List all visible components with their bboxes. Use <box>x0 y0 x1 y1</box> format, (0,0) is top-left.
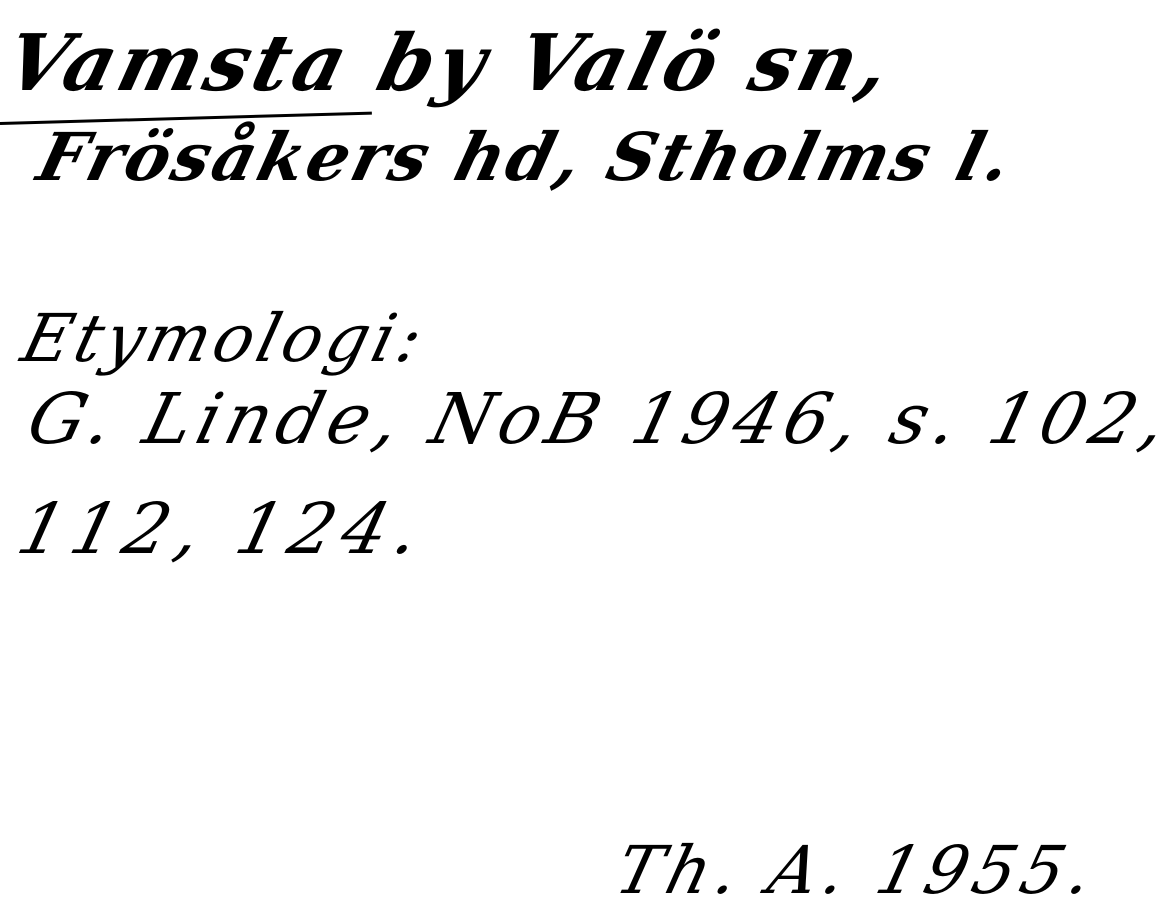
heading-rest: by Valö sn, <box>369 18 903 109</box>
signature-year: 1955. <box>869 832 1107 909</box>
signature: Th. A. 1955. <box>608 832 1106 909</box>
index-card: Vamsta by Valö sn, Frösåkers hd, Stholms… <box>0 0 1176 922</box>
signature-initials: Th. A. <box>608 832 860 909</box>
card-heading-line2: Frösåkers hd, Stholms l. <box>30 118 1022 196</box>
etymology-reference-line1: G. Linde, NoB 1946, s. 102, <box>20 378 1176 460</box>
place-name: Vamsta <box>0 18 360 109</box>
card-heading-line1: Vamsta by Valö sn, <box>0 18 903 109</box>
etymology-label: Etymologi: <box>14 300 434 377</box>
etymology-reference-line2: 112, 124. <box>10 488 436 570</box>
